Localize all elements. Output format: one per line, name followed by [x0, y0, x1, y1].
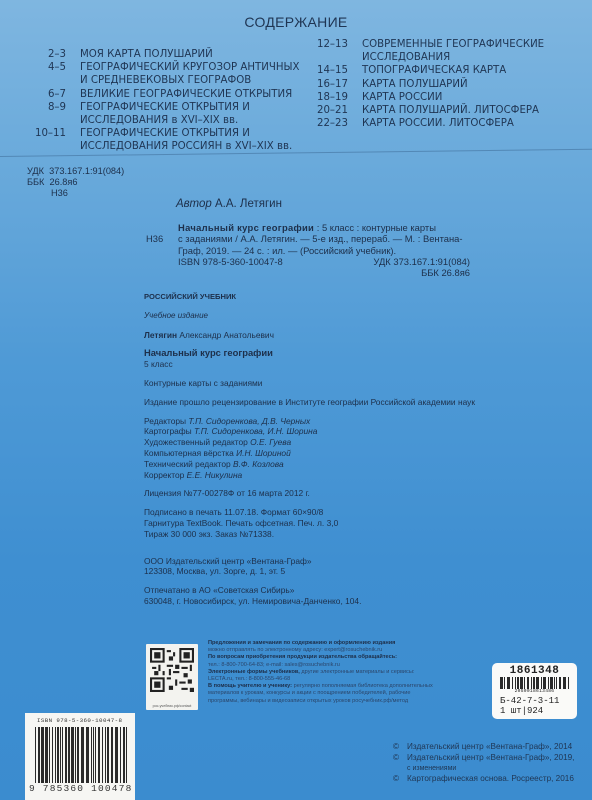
toc-item: 10–11ГЕОГРАФИЧЕСКИЕ ОТКРЫТИЯ ИИССЛЕДОВАН…	[22, 127, 299, 153]
copyright-line: ©Картографическая основа. Росреестр, 201…	[393, 773, 574, 784]
toc-item: 4–5ГЕОГРАФИЧЕСКИЙ КРУГОЗОР АНТИЧНЫХИ СРЕ…	[22, 61, 299, 87]
qr-code[interactable]: рос-учебник.рф/contact	[146, 644, 198, 710]
edition-type: Учебное издание	[144, 311, 504, 322]
toc-item: 16–17КАРТА ПОЛУШАРИЙ	[304, 78, 544, 91]
publisher: ООО Издательский центр «Вентана-Граф»	[144, 556, 504, 567]
toc-title: СОДЕРЖАНИЕ	[0, 14, 592, 30]
copyright-icon: ©	[393, 773, 407, 784]
book-title: Начальный курс географии	[144, 348, 504, 359]
quantity: 1 шт|924	[500, 706, 543, 716]
toc-item: 18–19КАРТА РОССИИ	[304, 91, 544, 104]
biblio-mark: Н36	[146, 233, 163, 244]
contact-info: Предложения и замечания по содержанию и …	[208, 640, 440, 705]
copyright-line: ©Издательский центр «Вентана-Граф», 2019…	[393, 752, 574, 763]
sticker-number: 1861348	[492, 665, 577, 677]
copyright-block: ©Издательский центр «Вентана-Граф», 2014…	[393, 741, 574, 784]
subtitle: Контурные карты с заданиями	[144, 378, 504, 389]
credit-line: Картографы Т.П. Сидоренкова, И.Н. Шорина	[144, 426, 504, 437]
imprint-block: РОССИЙСКИЙ УЧЕБНИК Учебное издание Летяг…	[144, 292, 504, 607]
shelf-location: Б-42-7-3-11	[500, 696, 559, 706]
series-name: РОССИЙСКИЙ УЧЕБНИК	[144, 292, 504, 303]
biblio-classification: УДК 373.167.1:91(084) ББК 26.8я6	[350, 256, 470, 279]
toc-item: 12–13СОВРЕМЕННЫЕ ГЕОГРАФИЧЕСКИЕИССЛЕДОВА…	[304, 38, 544, 64]
toc-item: 2–3МОЯ КАРТА ПОЛУШАРИЙ	[22, 48, 299, 61]
credits-list: Редакторы Т.П. Сидоренкова, Д.В. Черных …	[144, 416, 504, 481]
credit-line: Редакторы Т.П. Сидоренкова, Д.В. Черных	[144, 416, 504, 427]
store-sticker: 1861348 2050018613486 Б-42-7-3-11 1 шт|9…	[492, 663, 577, 719]
credit-line: Технический редактор В.Ф. Козлова	[144, 459, 504, 470]
copyright-line: ©Издательский центр «Вентана-Граф», 2014	[393, 741, 574, 752]
toc-item: 22–23КАРТА РОССИИ. ЛИТОСФЕРА	[304, 117, 544, 130]
qr-code-icon	[150, 648, 194, 692]
printer: Отпечатано в АО «Советская Сибирь»	[144, 585, 504, 596]
toc-right-column: 12–13СОВРЕМЕННЫЕ ГЕОГРАФИЧЕСКИЕИССЛЕДОВА…	[304, 38, 544, 130]
barcode-icon	[35, 727, 127, 783]
review-note: Издание прошло рецензирование в Институт…	[144, 397, 504, 408]
credit-line: Художественный редактор О.Е. Гуева	[144, 437, 504, 448]
grade: 5 класс	[144, 359, 504, 370]
author-mark: Н36	[27, 188, 124, 199]
credit-line: Компьютерная вёрстка И.Н. Шориной	[144, 448, 504, 459]
author-line: Автор А.А. Летягин	[176, 198, 282, 210]
toc-left-column: 2–3МОЯ КАРТА ПОЛУШАРИЙ 4–5ГЕОГРАФИЧЕСКИЙ…	[22, 48, 299, 154]
credit-line: Корректор Е.Е. Никулина	[144, 470, 504, 481]
udk-code: 373.167.1:91(084)	[49, 166, 124, 176]
copyright-icon: ©	[393, 741, 407, 752]
isbn-barcode: ISBN 978-5-360-10047-8 9 785360 100478	[25, 713, 135, 800]
bbk-code: 26.8я6	[50, 177, 78, 187]
classification-block: УДК 373.167.1:91(084) ББК 26.8я6 Н36	[27, 166, 124, 199]
toc-item: 8–9ГЕОГРАФИЧЕСКИЕ ОТКРЫТИЯ ИИССЛЕДОВАНИЯ…	[22, 101, 299, 127]
copyright-icon: ©	[393, 752, 407, 763]
license: Лицензия №77-00278Ф от 16 марта 2012 г.	[144, 488, 504, 499]
toc-item: 6–7ВЕЛИКИЕ ГЕОГРАФИЧЕСКИЕ ОТКРЫТИЯ	[22, 88, 299, 101]
qr-caption: рос-учебник.рф/contact	[148, 704, 196, 708]
toc-item: 14–15ТОПОГРАФИЧЕСКАЯ КАРТА	[304, 64, 544, 77]
toc-item: 20–21КАРТА ПОЛУШАРИЙ. ЛИТОСФЕРА	[304, 104, 544, 117]
barcode-icon	[500, 677, 569, 689]
